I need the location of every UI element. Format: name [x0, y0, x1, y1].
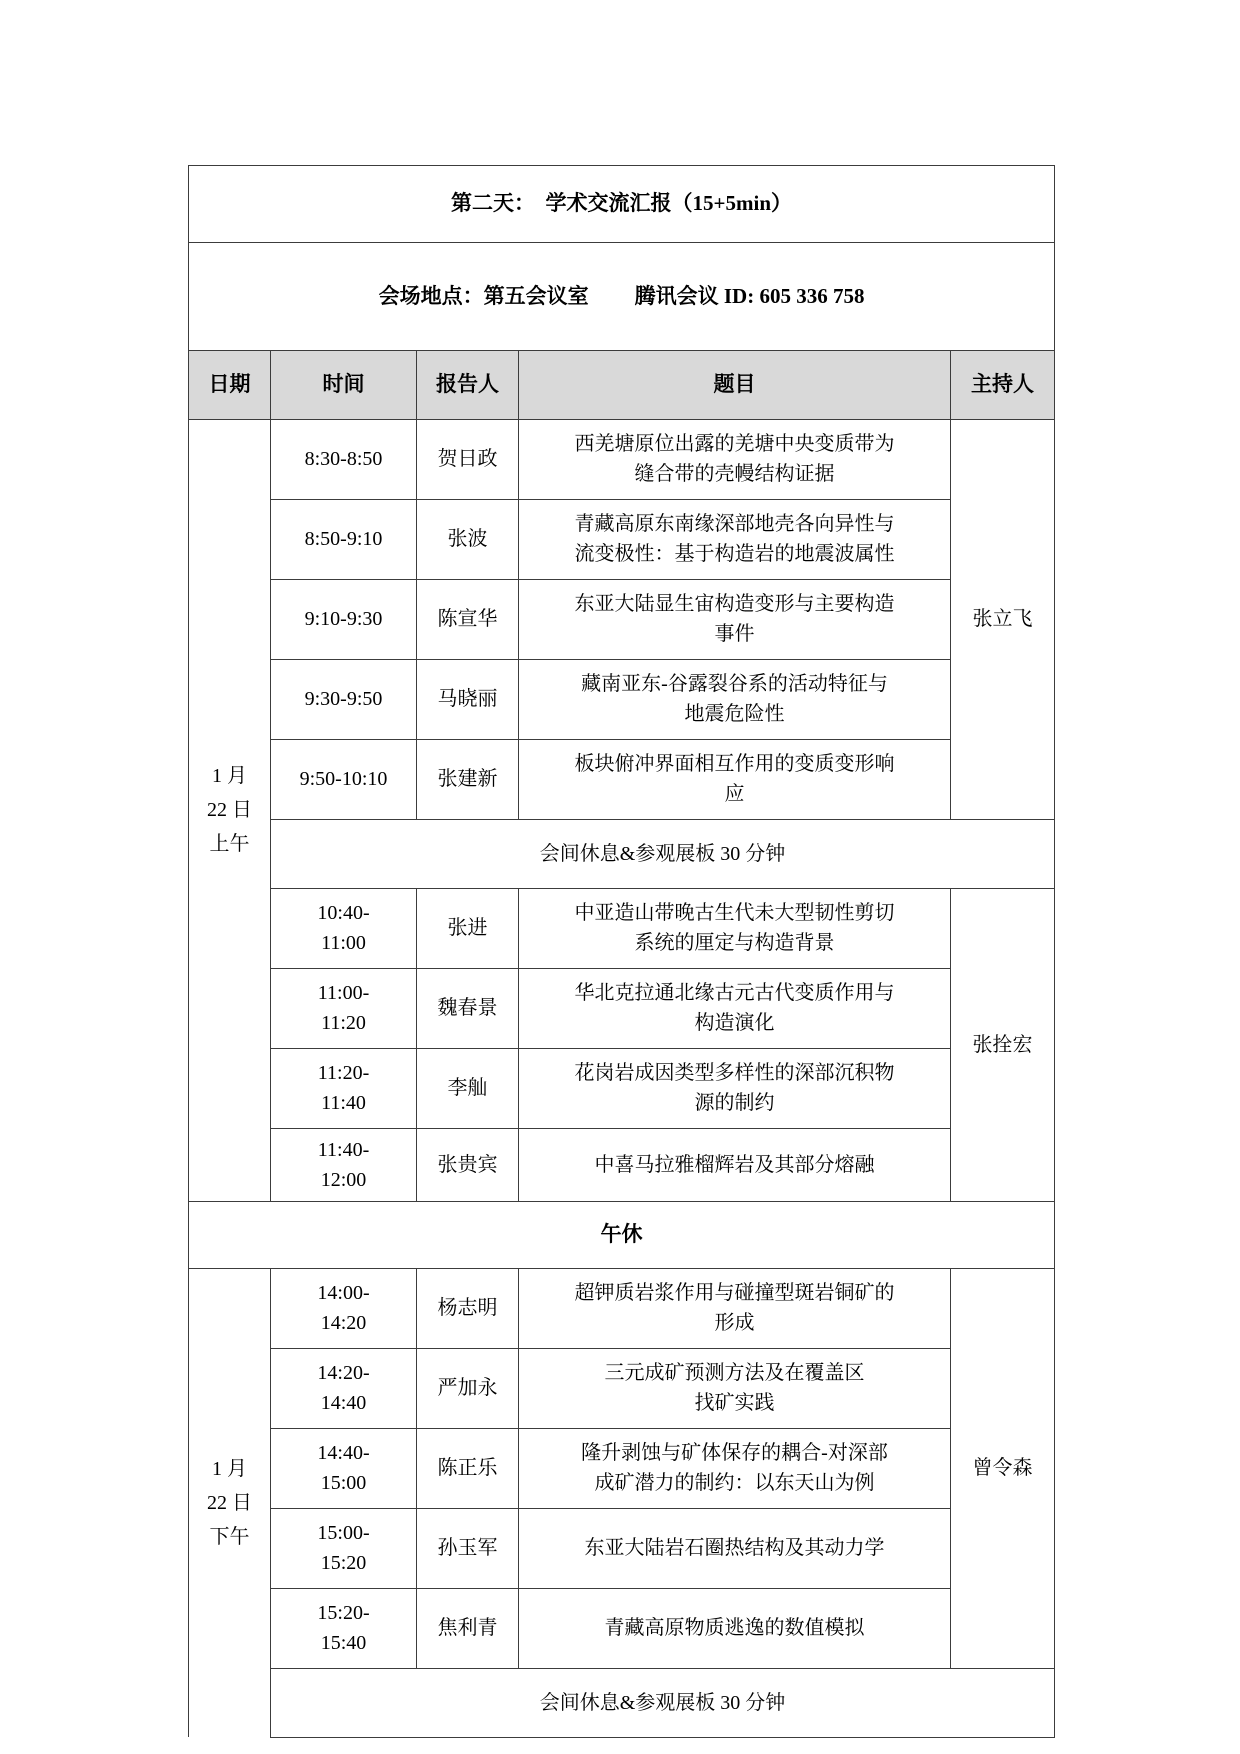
session-row: 14:20- 14:40 严加永 三元成矿预测方法及在覆盖区 找矿实践	[189, 1348, 1055, 1428]
session-row: 1 月 22 日 下午 14:00- 14:20 杨志明 超钾质岩浆作用与碰撞型…	[189, 1268, 1055, 1348]
topic-cell: 中喜马拉雅榴辉岩及其部分熔融	[519, 1128, 951, 1201]
speaker-cell: 孙玉军	[417, 1508, 519, 1588]
venue-location: 会场地点：第五会议室	[379, 281, 589, 313]
session-row: 8:50-9:10 张波 青藏高原东南缘深部地壳各向异性与 流变极性：基于构造岩…	[189, 499, 1055, 579]
topic-cell: 藏南亚东-谷露裂谷系的活动特征与 地震危险性	[519, 659, 951, 739]
speaker-cell: 陈正乐	[417, 1428, 519, 1508]
time-cell: 14:20- 14:40	[271, 1348, 417, 1428]
session-row: 10:40- 11:00 张进 中亚造山带晚古生代未大型韧性剪切 系统的厘定与构…	[189, 888, 1055, 968]
time-cell: 15:00- 15:20	[271, 1508, 417, 1588]
session-row: 15:20- 15:40 焦利青 青藏高原物质逃逸的数值模拟	[189, 1588, 1055, 1668]
header-date: 日期	[189, 350, 271, 419]
time-cell: 10:40- 11:00	[271, 888, 417, 968]
session-row: 11:20- 11:40 李舢 花岗岩成因类型多样性的深部沉积物 源的制约	[189, 1048, 1055, 1128]
session-row: 15:00- 15:20 孙玉军 东亚大陆岩石圈热结构及其动力学	[189, 1508, 1055, 1588]
header-time: 时间	[271, 350, 417, 419]
session-row: 1 月 22 日 上午 8:30-8:50 贺日政 西羌塘原位出露的羌塘中央变质…	[189, 419, 1055, 499]
column-header-row: 日期 时间 报告人 题目 主持人	[189, 350, 1055, 419]
time-cell: 9:10-9:30	[271, 579, 417, 659]
topic-cell: 青藏高原物质逃逸的数值模拟	[519, 1588, 951, 1668]
venue-cell: 会场地点：第五会议室 腾讯会议 ID: 605 336 758	[189, 243, 1055, 351]
host-cell-morning-1: 张立飞	[951, 419, 1055, 819]
title-row: 第二天： 学术交流汇报（15+5min）	[189, 166, 1055, 243]
speaker-cell: 马晓丽	[417, 659, 519, 739]
time-cell: 8:50-9:10	[271, 499, 417, 579]
topic-cell: 花岗岩成因类型多样性的深部沉积物 源的制约	[519, 1048, 951, 1128]
break-label: 会间休息&参观展板 30 分钟	[271, 819, 1055, 888]
topic-cell: 东亚大陆岩石圈热结构及其动力学	[519, 1508, 951, 1588]
venue-row: 会场地点：第五会议室 腾讯会议 ID: 605 336 758	[189, 243, 1055, 351]
time-cell: 11:40- 12:00	[271, 1128, 417, 1201]
session-row: 9:30-9:50 马晓丽 藏南亚东-谷露裂谷系的活动特征与 地震危险性	[189, 659, 1055, 739]
table-title: 第二天： 学术交流汇报（15+5min）	[189, 166, 1055, 243]
speaker-cell: 张进	[417, 888, 519, 968]
break-label: 会间休息&参观展板 30 分钟	[271, 1668, 1055, 1737]
speaker-cell: 张贵宾	[417, 1128, 519, 1201]
speaker-cell: 严加永	[417, 1348, 519, 1428]
topic-cell: 中亚造山带晚古生代未大型韧性剪切 系统的厘定与构造背景	[519, 888, 951, 968]
speaker-cell: 陈宣华	[417, 579, 519, 659]
topic-cell: 华北克拉通北缘古元古代变质作用与 构造演化	[519, 968, 951, 1048]
session-row: 14:40- 15:00 陈正乐 隆升剥蚀与矿体保存的耦合-对深部 成矿潜力的制…	[189, 1428, 1055, 1508]
time-cell: 9:30-9:50	[271, 659, 417, 739]
speaker-cell: 李舢	[417, 1048, 519, 1128]
topic-cell: 板块俯冲界面相互作用的变质变形响 应	[519, 739, 951, 819]
speaker-cell: 魏春景	[417, 968, 519, 1048]
header-topic: 题目	[519, 350, 951, 419]
host-cell-afternoon: 曾令森	[951, 1268, 1055, 1668]
topic-cell: 超钾质岩浆作用与碰撞型斑岩铜矿的 形成	[519, 1268, 951, 1348]
noon-break-label: 午休	[189, 1201, 1055, 1268]
break-row-morning: 会间休息&参观展板 30 分钟	[189, 819, 1055, 888]
time-cell: 14:00- 14:20	[271, 1268, 417, 1348]
session-row: 11:00- 11:20 魏春景 华北克拉通北缘古元古代变质作用与 构造演化	[189, 968, 1055, 1048]
meeting-id: 腾讯会议 ID: 605 336 758	[635, 281, 865, 313]
topic-cell: 西羌塘原位出露的羌塘中央变质带为 缝合带的壳幔结构证据	[519, 419, 951, 499]
session-row: 11:40- 12:00 张贵宾 中喜马拉雅榴辉岩及其部分熔融	[189, 1128, 1055, 1201]
time-cell: 14:40- 15:00	[271, 1428, 417, 1508]
time-cell: 9:50-10:10	[271, 739, 417, 819]
host-cell-morning-2: 张拴宏	[951, 888, 1055, 1201]
time-cell: 11:20- 11:40	[271, 1048, 417, 1128]
header-speaker: 报告人	[417, 350, 519, 419]
date-cell-afternoon: 1 月 22 日 下午	[189, 1268, 271, 1737]
time-cell: 11:00- 11:20	[271, 968, 417, 1048]
schedule-table: 第二天： 学术交流汇报（15+5min） 会场地点：第五会议室 腾讯会议 ID:…	[188, 165, 1055, 1738]
speaker-cell: 张波	[417, 499, 519, 579]
topic-cell: 隆升剥蚀与矿体保存的耦合-对深部 成矿潜力的制约：以东天山为例	[519, 1428, 951, 1508]
speaker-cell: 焦利青	[417, 1588, 519, 1668]
speaker-cell: 贺日政	[417, 419, 519, 499]
speaker-cell: 杨志明	[417, 1268, 519, 1348]
header-host: 主持人	[951, 350, 1055, 419]
topic-cell: 青藏高原东南缘深部地壳各向异性与 流变极性：基于构造岩的地震波属性	[519, 499, 951, 579]
topic-cell: 东亚大陆显生宙构造变形与主要构造 事件	[519, 579, 951, 659]
topic-cell: 三元成矿预测方法及在覆盖区 找矿实践	[519, 1348, 951, 1428]
session-row: 9:10-9:30 陈宣华 东亚大陆显生宙构造变形与主要构造 事件	[189, 579, 1055, 659]
speaker-cell: 张建新	[417, 739, 519, 819]
date-cell-morning: 1 月 22 日 上午	[189, 419, 271, 1201]
time-cell: 8:30-8:50	[271, 419, 417, 499]
break-row-afternoon: 会间休息&参观展板 30 分钟	[189, 1668, 1055, 1737]
noon-break-row: 午休	[189, 1201, 1055, 1268]
time-cell: 15:20- 15:40	[271, 1588, 417, 1668]
session-row: 9:50-10:10 张建新 板块俯冲界面相互作用的变质变形响 应	[189, 739, 1055, 819]
document-page: 第二天： 学术交流汇报（15+5min） 会场地点：第五会议室 腾讯会议 ID:…	[0, 0, 1240, 1754]
